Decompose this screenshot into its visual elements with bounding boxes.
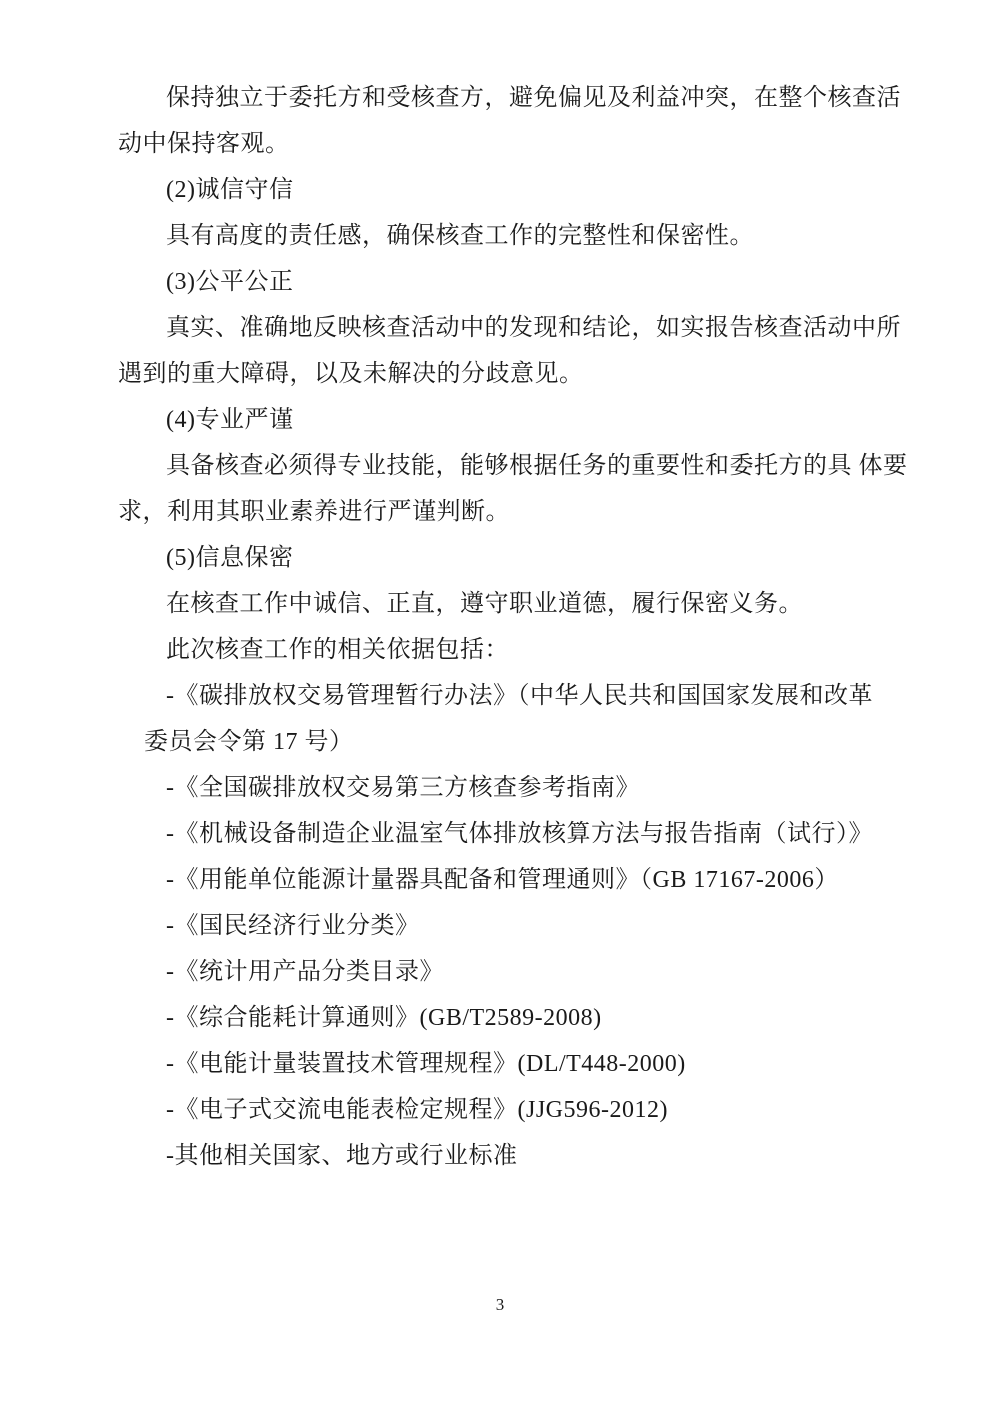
- text-line: -《电子式交流电能表检定规程》(JJG596-2012): [118, 1087, 882, 1133]
- text-line: -《用能单位能源计量器具配备和管理通则》（GB 17167-2006）: [118, 857, 882, 903]
- text-line: -《全国碳排放权交易第三方核查参考指南》: [118, 765, 882, 811]
- text-line: 具备核查必须得专业技能，能够根据任务的重要性和委托方的具 体要: [118, 443, 882, 489]
- text-line: 委员会令第 17 号）: [118, 719, 882, 765]
- text-line: -《电能计量装置技术管理规程》(DL/T448-2000): [118, 1041, 882, 1087]
- text-line: -其他相关国家、地方或行业标准: [118, 1133, 882, 1179]
- text-line: 保持独立于委托方和受核查方，避免偏见及利益冲突，在整个核查活: [118, 75, 882, 121]
- text-line: (5)信息保密: [118, 535, 882, 581]
- text-line: 具有高度的责任感，确保核查工作的完整性和保密性。: [118, 213, 882, 259]
- text-line: 动中保持客观。: [118, 121, 882, 167]
- text-line: -《综合能耗计算通则》(GB/T2589-2008): [118, 995, 882, 1041]
- text-line: -《碳排放权交易管理暂行办法》（中华人民共和国国家发展和改革: [118, 673, 882, 719]
- text-line: -《统计用产品分类目录》: [118, 949, 882, 995]
- text-line: (2)诚信守信: [118, 167, 882, 213]
- text-line: 此次核查工作的相关依据包括：: [118, 627, 882, 673]
- text-line: 求，利用其职业素养进行严谨判断。: [118, 489, 882, 535]
- document-page: 保持独立于委托方和受核查方，避免偏见及利益冲突，在整个核查活动中保持客观。(2)…: [0, 0, 1000, 1415]
- page-number: 3: [0, 1294, 1000, 1316]
- text-line: 真实、准确地反映核查活动中的发现和结论，如实报告核查活动中所: [118, 305, 882, 351]
- text-line: (3)公平公正: [118, 259, 882, 305]
- text-line: -《国民经济行业分类》: [118, 903, 882, 949]
- text-line: 遇到的重大障碍，以及未解决的分歧意见。: [118, 351, 882, 397]
- text-line: 在核查工作中诚信、正直，遵守职业道德，履行保密义务。: [118, 581, 882, 627]
- document-lines: 保持独立于委托方和受核查方，避免偏见及利益冲突，在整个核查活动中保持客观。(2)…: [118, 75, 882, 1179]
- text-line: (4)专业严谨: [118, 397, 882, 443]
- text-line: -《机械设备制造企业温室气体排放核算方法与报告指南（试行）》: [118, 811, 882, 857]
